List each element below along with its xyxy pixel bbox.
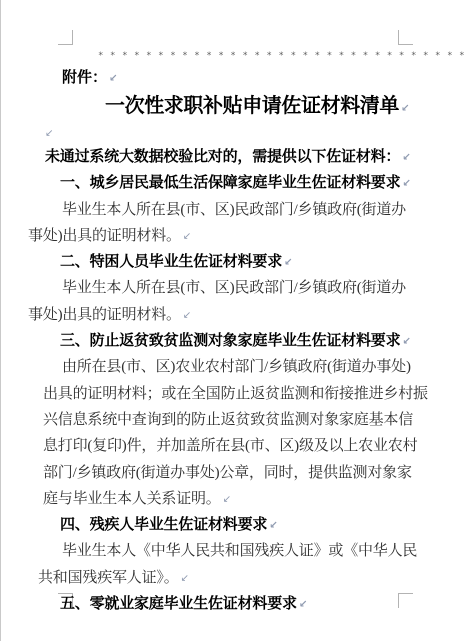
paragraph-mark: ↙ — [299, 599, 307, 610]
document-text-line: 兴信息系统中查询到的防止返贫致贫监测对象家庭基本信 — [0, 407, 470, 433]
document-text-line: 共和国残疾军人证》。↙ — [0, 565, 470, 591]
line-text: 一、城乡居民最低生活保障家庭毕业生佐证材料要求 — [60, 175, 400, 191]
line-text: 五、零就业家庭毕业生佐证材料要求 — [60, 596, 297, 612]
document-lines: 未通过系统大数据校验比对的，需提供以下佐证材料：↙一、城乡居民最低生活保障家庭毕… — [0, 144, 470, 617]
document-heading-line: 四、残疾人毕业生佐证材料要求↙ — [0, 512, 470, 538]
document-text-line: 毕业生本人《中华人民共和国残疾人证》或《中华人民 — [0, 538, 470, 564]
line-text: 二、特困人员毕业生佐证材料要求 — [60, 254, 282, 270]
line-text: 毕业生本人《中华人民共和国残疾人证》或《中华人民 — [62, 543, 417, 559]
line-text: 四、残疾人毕业生佐证材料要求 — [60, 517, 267, 533]
paragraph-mark: ↙ — [402, 336, 410, 347]
paragraph-mark: ↙ — [223, 494, 231, 505]
line-text: 事处)出具的证明材料。 — [28, 307, 181, 323]
document-text-line: 庭与毕业生本人关系证明。↙ — [0, 486, 470, 512]
document-title: 一次性求职补贴申请佐证材料清单 — [105, 95, 399, 117]
line-text: 庭与毕业生本人关系证明。 — [43, 491, 221, 507]
paragraph-mark: ↙ — [183, 310, 191, 321]
paragraph-mark: ↙ — [109, 73, 117, 84]
document-text-line: 毕业生本人所在县(市、区)民政部门/乡镇政府(街道办 — [0, 275, 470, 301]
line-text: 三、防止返贫致贫监测对象家庭毕业生佐证材料要求 — [60, 333, 400, 349]
document-title-line: 一次性求职补贴申请佐证材料清单↙ — [0, 90, 470, 122]
document-text-line: 息打印(复印)件，并加盖所在县(市、区)级及以上农业农村 — [0, 433, 470, 459]
empty-paragraph-line: ↙ — [0, 122, 470, 144]
paragraph-mark: ↙ — [183, 231, 191, 242]
paragraph-mark: ↙ — [402, 152, 410, 163]
document-heading-line: 五、零就业家庭毕业生佐证材料要求↙ — [0, 591, 470, 617]
document-text-line: 出具的证明材料；或在全国防止返贫监测和衔接推进乡村振 — [0, 381, 470, 407]
line-text: 事处)出具的证明材料。 — [28, 228, 181, 244]
line-text: 由所在县(市、区)农业农村部门/乡镇政府(街道办事处) — [62, 359, 411, 375]
paragraph-mark: ↙ — [269, 520, 277, 531]
document-heading-line: 未通过系统大数据校验比对的，需提供以下佐证材料：↙ — [0, 144, 470, 170]
line-text: 兴信息系统中查询到的防止返贫致贫监测对象家庭基本信 — [43, 412, 413, 428]
document-heading-line: 二、特困人员毕业生佐证材料要求↙ — [0, 249, 470, 275]
line-text: 息打印(复印)件，并加盖所在县(市、区)级及以上农业农村 — [43, 438, 417, 454]
attachment-label: 附件： — [62, 70, 107, 86]
line-text: 毕业生本人所在县(市、区)民政部门/乡镇政府(街道办 — [62, 280, 406, 296]
document-content: 附件：↙ 一次性求职补贴申请佐证材料清单↙ ↙ 未通过系统大数据校验比对的，需提… — [0, 0, 470, 617]
attachment-label-line: 附件：↙ — [0, 66, 470, 90]
document-text-line: 部门/乡镇政府(街道办事处)公章，同时，提供监测对象家 — [0, 460, 470, 486]
line-text: 毕业生本人所在县(市、区)民政部门/乡镇政府(街道办 — [62, 202, 406, 218]
paragraph-mark: ↙ — [181, 573, 189, 584]
paragraph-mark: ↙ — [284, 257, 292, 268]
document-text-line: 毕业生本人所在县(市、区)民政部门/乡镇政府(街道办 — [0, 197, 470, 223]
paragraph-mark: ↙ — [45, 128, 53, 139]
line-text: 部门/乡镇政府(街道办事处)公章，同时，提供监测对象家 — [43, 465, 412, 481]
paragraph-mark: ↙ — [402, 178, 410, 189]
document-text-line: 由所在县(市、区)农业农村部门/乡镇政府(街道办事处) — [0, 354, 470, 380]
line-text: 出具的证明材料；或在全国防止返贫监测和衔接推进乡村振 — [43, 386, 428, 402]
line-text: 共和国残疾军人证》。 — [38, 570, 179, 586]
document-text-line: 事处)出具的证明材料。↙ — [0, 223, 470, 249]
document-page[interactable]: * * * * * * * * * * * * * * * * * * * * … — [0, 0, 470, 641]
line-text: 未通过系统大数据校验比对的，需提供以下佐证材料： — [45, 149, 400, 165]
paragraph-mark: ↙ — [401, 103, 409, 114]
document-heading-line: 三、防止返贫致贫监测对象家庭毕业生佐证材料要求↙ — [0, 328, 470, 354]
document-text-line: 事处)出具的证明材料。↙ — [0, 302, 470, 328]
document-heading-line: 一、城乡居民最低生活保障家庭毕业生佐证材料要求↙ — [0, 170, 470, 196]
